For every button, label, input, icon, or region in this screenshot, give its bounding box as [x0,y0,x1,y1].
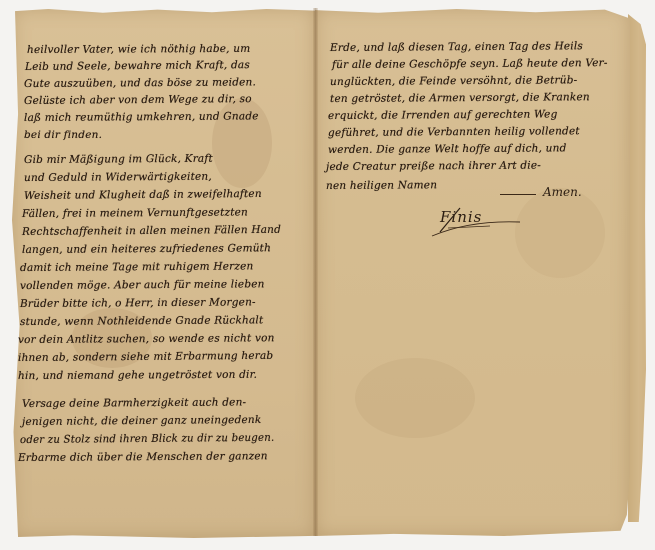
closing-amen: Amen. [543,185,582,199]
left-line: jenigen nicht, die deiner ganz uneingede… [22,414,262,428]
left-line: Weisheit und Klugheit daß in zweifelhaft… [24,188,262,202]
left-line: oder zu Stolz sind ihren Blick zu dir zu… [20,432,275,446]
right-line: für alle deine Geschöpfe seyn. Laß heute… [332,57,608,71]
right-line: ten getröstet, die Armen versorgt, die K… [330,91,590,105]
left-line: Rechtschaffenheit in allen meinen Fällen… [22,224,281,238]
left-line: damit ich meine Tage mit ruhigem Herzen [20,260,254,274]
left-line: laß mich reumüthig umkehren, und Gnade [24,110,259,124]
left-line: Leib und Seele, bewahre mich Kraft, das [25,59,250,73]
closing-dash [500,194,536,195]
binding-gutter [313,8,318,536]
left-line: heilvoller Vater, wie ich nöthig habe, u… [27,43,250,56]
right-line: nen heiligen Namen [326,179,437,192]
left-line: Brüder bitte ich, o Herr, in dieser Morg… [20,296,256,310]
paper-stain [355,358,475,438]
right-line: erquickt, die Irrenden auf gerechten Weg [328,108,558,122]
left-line: und Geduld in Widerwärtigkeiten, [24,171,212,184]
left-line: hin, und niemand gehe ungetröstet von di… [18,369,257,382]
left-line: stunde, wenn Nothleidende Gnade Rückhalt [20,314,263,328]
right-line: jede Creatur preiße nach ihrer Art die- [326,159,541,173]
left-line: Gute auszuüben, und das böse zu meiden. [24,76,256,90]
left-line: Versage deine Barmherzigkeit auch den- [22,396,246,410]
left-line: Gelüste ich aber von dem Wege zu dir, so [24,93,252,107]
left-line: ihnen ab, sondern siehe mit Erbarmung he… [18,350,273,364]
signature: Finis [440,208,482,226]
left-line: bei dir finden. [24,129,102,141]
page-edge-right [628,14,646,522]
right-line: geführet, und die Verbannten heilig voll… [328,125,580,139]
left-line: vor dein Antlitz suchen, so wende es nic… [18,332,275,346]
left-line: Erbarme dich über die Menschen der ganze… [18,450,268,464]
manuscript-spread: heilvoller Vater, wie ich nöthig habe, u… [0,0,655,550]
right-line: Erde, und laß diesen Tag, einen Tag des … [330,40,583,54]
left-line: Gib mir Mäßigung im Glück, Kraft [24,153,213,166]
left-line: vollenden möge. Aber auch für meine lieb… [20,278,265,292]
right-line: unglückten, die Feinde versöhnt, die Bet… [330,74,577,88]
left-line: Fällen, frei in meinem Vernunftgesetzten [22,206,248,220]
left-line: langen, und ein heiteres zufriedenes Gem… [22,242,271,256]
right-line: werden. Die ganze Welt hoffe auf dich, u… [328,142,567,156]
